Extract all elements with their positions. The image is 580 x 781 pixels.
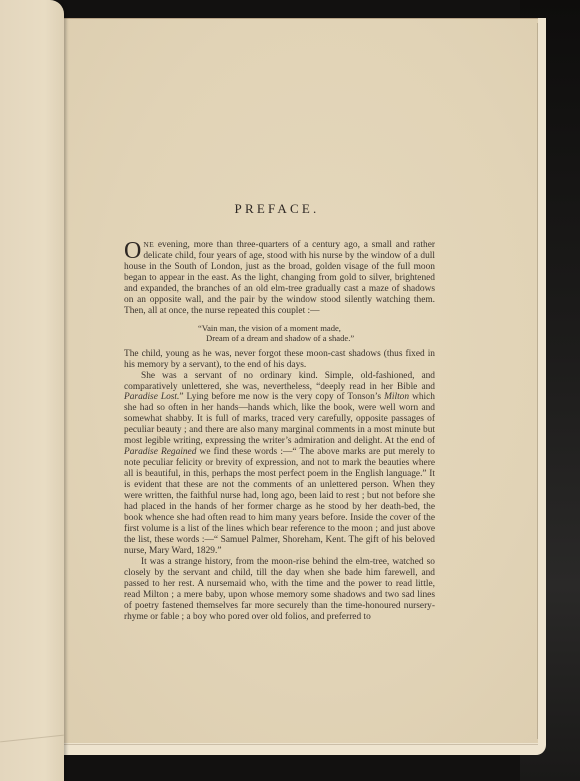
- page-title: PREFACE.: [38, 201, 516, 217]
- paragraph-3-text-b: ” Lying before me now is the very copy o…: [179, 392, 384, 402]
- title-milton: Milton: [384, 392, 409, 402]
- drop-cap: O: [124, 241, 141, 261]
- page-bottom-edge: [60, 744, 538, 745]
- couplet-line-1: “Vain man, the vision of a moment made,: [198, 323, 435, 334]
- paragraph-2: The child, young as he was, never forgot…: [124, 349, 435, 371]
- couplet-quote: “Vain man, the vision of a moment made, …: [124, 323, 435, 344]
- paragraph-1: ONE evening, more than three-quarters of…: [124, 240, 435, 317]
- paragraph-1-text: evening, more than three-quarters of a c…: [124, 240, 435, 316]
- paragraph-4: It was a strange history, from the moon-…: [124, 557, 435, 623]
- paragraph-3-text-a: She was a servant of no ordinary kind. S…: [124, 371, 435, 392]
- left-page-edge-line: [0, 735, 64, 743]
- page-fold-line: [537, 23, 538, 739]
- title-paradise-lost: Paradise Lost.: [124, 392, 179, 402]
- paragraph-3-text-d: we find these words :—“ The above marks …: [124, 447, 435, 556]
- small-caps-lead: NE: [143, 240, 154, 249]
- paragraph-3: She was a servant of no ordinary kind. S…: [124, 371, 435, 557]
- couplet-line-2: Dream of a dream and shadow of a shade.”: [198, 333, 435, 344]
- title-paradise-regained: Paradise Regained: [124, 447, 196, 457]
- body-text: ONE evening, more than three-quarters of…: [124, 240, 435, 623]
- curled-left-page: [0, 0, 64, 781]
